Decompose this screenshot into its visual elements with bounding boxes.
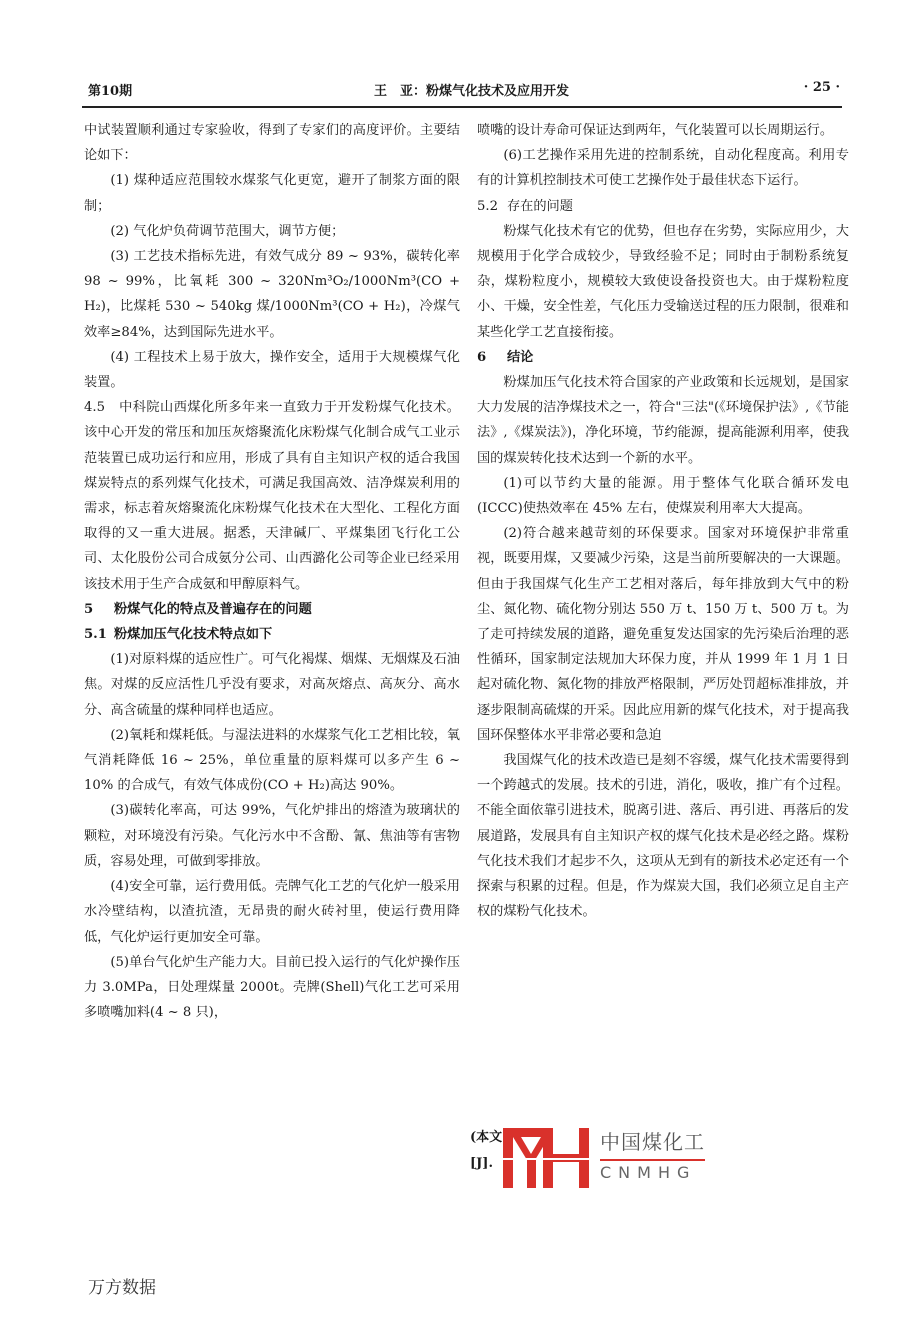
paragraph: (6)工艺操作采用先进的控制系统，自动化程度高。利用专有的计算机控制技术可使工艺… <box>477 143 849 193</box>
source-footer: 万方数据 <box>88 1273 156 1298</box>
watermark-cn-text: 中国煤化工 <box>600 1128 705 1156</box>
section-heading: 5.1粉煤加压气化技术特点如下 <box>84 622 460 647</box>
section-heading: 6结论 <box>477 345 849 370</box>
paragraph: (3) 工艺技术指标先进，有效气成分 89 ~ 93%，碳转化率 98 ~ 99… <box>84 244 460 345</box>
paragraph: (1)可以节约大量的能源。用于整体气化联合循环发电(ICCC)使热效率在 45%… <box>477 471 849 521</box>
section-title: 结论 <box>507 350 533 365</box>
mh-logo-icon <box>503 1128 593 1188</box>
paragraph: 粉煤气化技术有它的优势，但也存在劣势，实际应用少，大规模用于化学合成较少，导致经… <box>477 219 849 345</box>
paragraph: (3)碳转化率高，可达 99%，气化炉排出的熔渣为玻璃状的颗粒，对环境没有污染。… <box>84 798 460 874</box>
watermark-en-text: CNMHG <box>600 1162 696 1184</box>
paragraph: 4.5 中科院山西煤化所多年来一直致力于开发粉煤气化技术。该中心开发的常压和加压… <box>84 395 460 597</box>
issue-number: 第10期 <box>88 80 132 99</box>
paragraph: (5)单台气化炉生产能力大。目前已投入运行的气化炉操作压力 3.0MPa，日处理… <box>84 950 460 1026</box>
section-number: 5 <box>84 597 114 622</box>
section-number: 6 <box>477 345 507 370</box>
section-heading: 5粉煤气化的特点及普遍存在的问题 <box>84 597 460 622</box>
citation-fragment-1: (本文 <box>470 1125 502 1151</box>
paragraph: 中试装置顺利通过专家验收，得到了专家们的高度评价。主要结论如下： <box>84 118 460 168</box>
page-number: · 25 · <box>804 80 840 95</box>
section-heading: 5.2存在的问题 <box>477 194 849 219</box>
section-title: 存在的问题 <box>507 199 573 214</box>
section-title: 粉煤气化的特点及普遍存在的问题 <box>114 602 312 617</box>
paragraph: (2)氧耗和煤耗低。与湿法进料的水煤浆气化工艺相比较，氧气消耗降低 16 ~ 2… <box>84 723 460 799</box>
paragraph: 粉煤加压气化技术符合国家的产业政策和长远规划，是国家大力发展的洁净煤技术之一，符… <box>477 370 849 471</box>
left-column: 中试装置顺利通过专家验收，得到了专家们的高度评价。主要结论如下：(1) 煤种适应… <box>84 118 460 1025</box>
paragraph: (4) 工程技术上易于放大，操作安全，适用于大规模煤气化装置。 <box>84 345 460 395</box>
paragraph: (2)符合越来越苛刻的环保要求。国家对环境保护非常重视，既要用煤，又要减少污染，… <box>477 521 849 748</box>
section-title: 粉煤加压气化技术特点如下 <box>114 627 272 642</box>
paragraph: (1)对原料煤的适应性广。可气化褐煤、烟煤、无烟煤及石油焦。对煤的反应活性几乎没… <box>84 647 460 723</box>
paragraph: (2) 气化炉负荷调节范围大，调节方便； <box>84 219 460 244</box>
section-number: 5.1 <box>84 622 114 647</box>
paragraph: (4)安全可靠，运行费用低。壳牌气化工艺的气化炉一般采用水冷壁结构，以渣抗渣，无… <box>84 874 460 950</box>
paragraph: 我国煤气化的技术改造已是刻不容缓，煤气化技术需要得到一个跨越式的发展。技术的引进… <box>477 748 849 924</box>
watermark-underline <box>600 1159 705 1161</box>
header-rule <box>82 106 842 108</box>
right-column: 喷嘴的设计寿命可保证达到两年，气化装置可以长周期运行。(6)工艺操作采用先进的控… <box>477 118 849 925</box>
citation-fragment-2: [J]. <box>470 1151 493 1177</box>
section-number: 5.2 <box>477 194 507 219</box>
running-title: 王 亚：粉煤气化技术及应用开发 <box>374 80 569 99</box>
watermark-logo: 中国煤化工 CNMHG <box>503 1128 843 1184</box>
running-header: 第10期 王 亚：粉煤气化技术及应用开发 · 25 · <box>88 80 840 100</box>
paragraph: 喷嘴的设计寿命可保证达到两年，气化装置可以长周期运行。 <box>477 118 849 143</box>
paragraph: (1) 煤种适应范围较水煤浆气化更宽，避开了制浆方面的限制； <box>84 168 460 218</box>
